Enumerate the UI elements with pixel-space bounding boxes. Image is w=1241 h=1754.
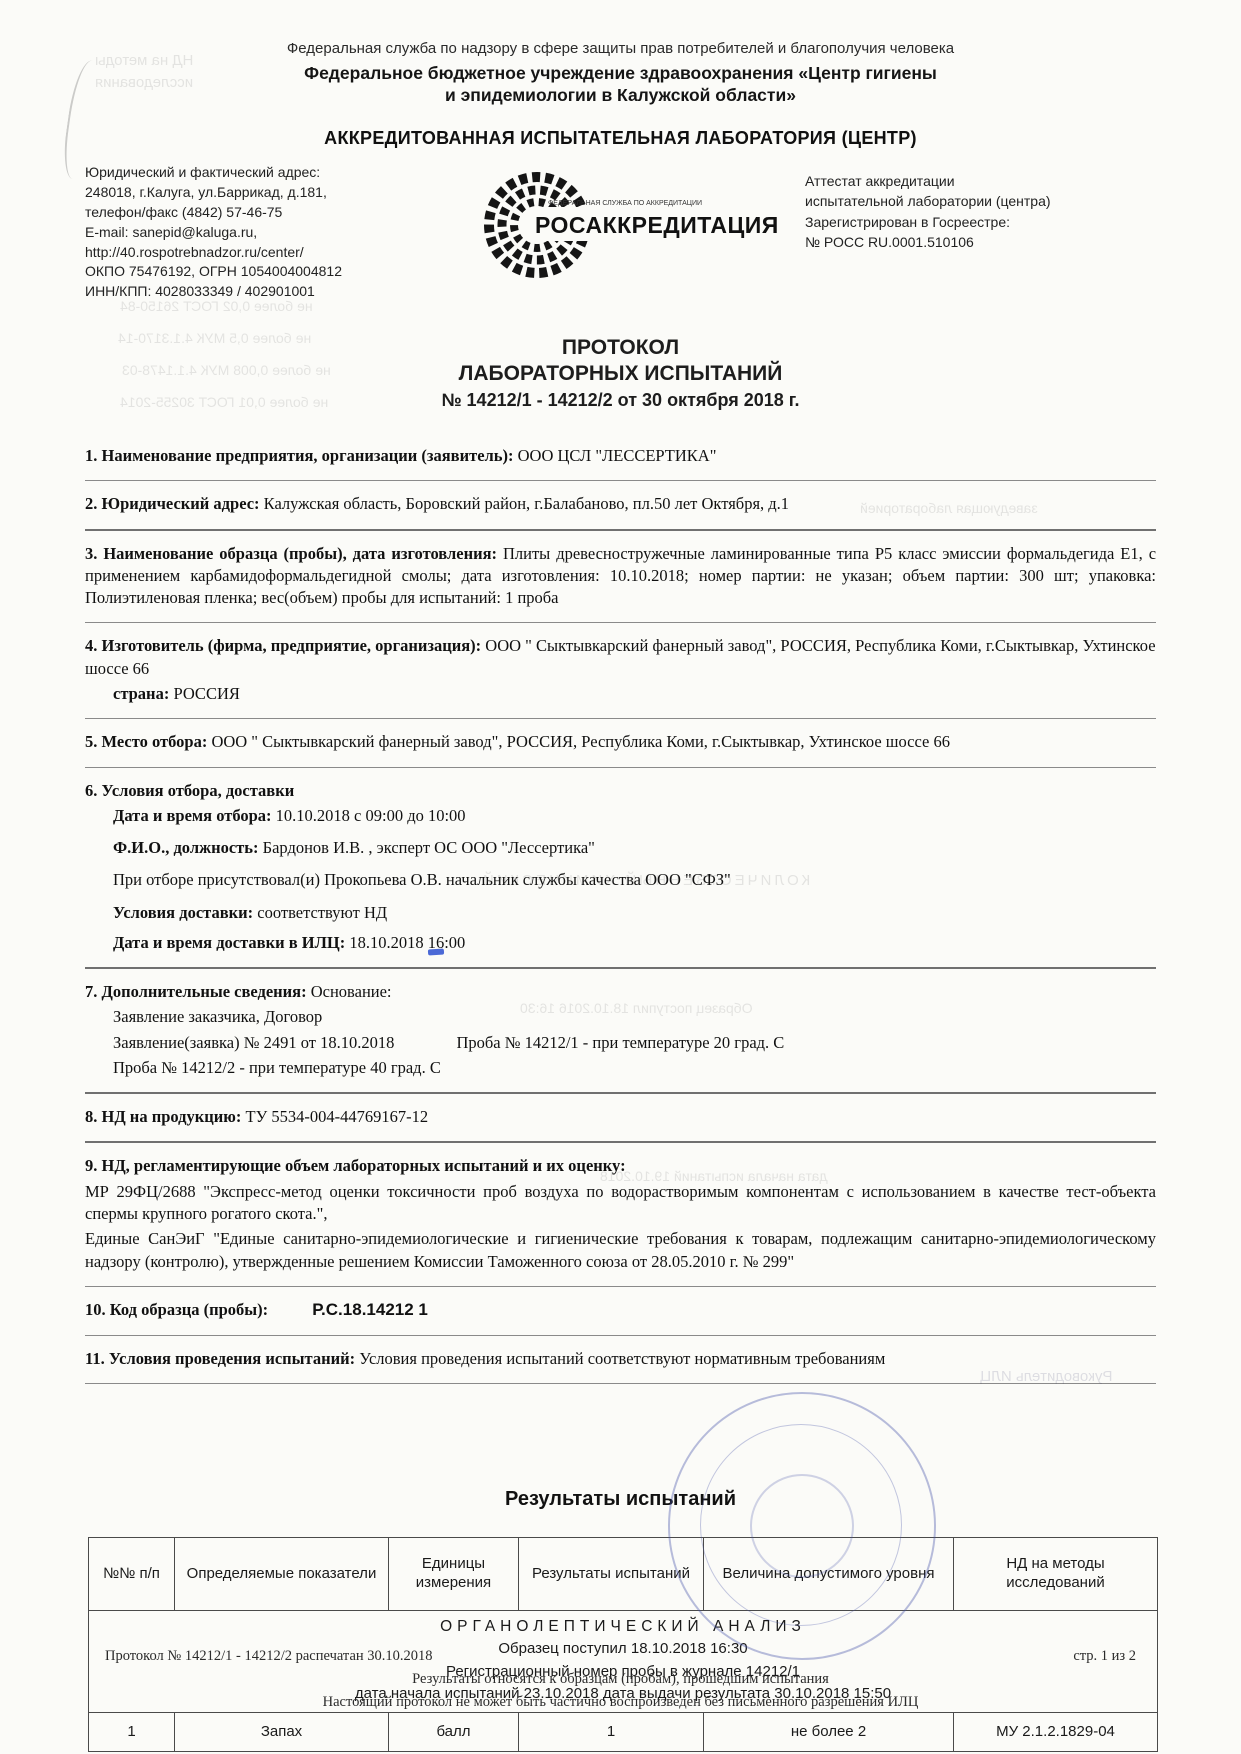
okpo-line: ОКПО 75476192, ОГРН 1054004004812 <box>85 262 475 282</box>
blue-pen-mark <box>428 948 444 955</box>
section-11-test-conditions: 11. Условия проведения испытаний: Услови… <box>85 1336 1156 1384</box>
phone-line: телефон/факс (4842) 57-46-75 <box>85 203 475 223</box>
section-9-test-standards: 9. НД, регламентирующие объем лабораторн… <box>85 1143 1156 1286</box>
logo-text: РОСАККРЕДИТАЦИЯ <box>535 212 779 238</box>
lab-title: АККРЕДИТОВАННАЯ ИСПЫТАТЕЛЬНАЯ ЛАБОРАТОРИ… <box>0 128 1241 149</box>
accreditation-line3: Зарегистрирован в Госреестре: <box>805 212 1135 232</box>
page-number: стр. 1 из 2 <box>1073 1648 1136 1665</box>
protocol-title-line1: ПРОТОКОЛ <box>0 336 1241 360</box>
section-11-value: Условия проведения испытаний соответству… <box>359 1349 885 1368</box>
delivery-datetime-value: 18.10.2018 16:00 <box>349 933 465 952</box>
sample2-temperature: Проба № 14212/2 - при температуре 40 гра… <box>113 1057 1156 1079</box>
witness-line: При отборе присутствовал(и) Прокопьева О… <box>113 870 731 889</box>
section-3-sample-name: 3. Наименование образца (пробы), дата из… <box>85 531 1156 624</box>
section-10-sample-code: 10. Код образца (пробы): Р.С.18.14212 1 <box>85 1287 1156 1336</box>
section-8-label: 8. НД на продукцию: <box>85 1107 241 1126</box>
section-8-product-standard: 8. НД на продукцию: ТУ 5534-004-44769167… <box>85 1094 1156 1143</box>
agency-name: Федеральная служба по надзору в сфере за… <box>0 40 1241 57</box>
protocol-number: № 14212/1 - 14212/2 от 30 октября 2018 г… <box>0 390 1241 411</box>
accreditation-line2: испытательной лаборатории (центра) <box>805 191 1135 211</box>
rosakkreditaciya-logo-icon: ФЕДЕРАЛЬНАЯ СЛУЖБА ПО АККРЕДИТАЦИИ РОСАК… <box>475 165 805 285</box>
accreditation-number: № РОСС RU.0001.510106 <box>805 232 1135 252</box>
delivery-conditions-label: Условия доставки: <box>113 903 253 922</box>
results-table: №№ п/п Определяемые показатели Единицы и… <box>88 1537 1158 1752</box>
section-2-label: 2. Юридический адрес: <box>85 494 260 513</box>
section-7-value: Основание: <box>311 982 392 1001</box>
method-cell: МУ 2.1.2.1829-04 <box>954 1712 1158 1751</box>
section-5-sampling-place: 5. Место отбора: ООО " Сыктывкарский фан… <box>85 719 1156 767</box>
inn-line: ИНН/КПП: 4028033349 / 402901001 <box>85 282 475 302</box>
analysis-group-title: ОРГАНОЛЕПТИЧЕСКИЙ АНАЛИЗ <box>89 1615 1157 1638</box>
application-number: Заявление(заявка) № 2491 от 18.10.2018 <box>113 1032 394 1054</box>
rosakkreditaciya-logo: ФЕДЕРАЛЬНАЯ СЛУЖБА ПО АККРЕДИТАЦИИ РОСАК… <box>475 165 805 290</box>
basis-line1: Заявление заказчика, Договор <box>113 1006 1156 1028</box>
section-1-applicant: 1. Наименование предприятия, организации… <box>85 433 1156 481</box>
section-10-label: 10. Код образца (пробы): <box>85 1300 268 1319</box>
delivery-conditions-value: соответствуют НД <box>257 903 387 922</box>
address-line: 248018, г.Калуга, ул.Баррикад, д.181, <box>85 183 475 203</box>
protocol-document-page: НД на методы исследования не более 0,02 … <box>0 0 1241 1754</box>
section-4-manufacturer: 4. Изготовитель (фирма, предприятие, орг… <box>85 623 1156 719</box>
info-row: Юридический и фактический адрес: 248018,… <box>85 163 1156 302</box>
col-header-limit: Величина допустимого уровня <box>704 1537 954 1610</box>
col-header-result: Результаты испытаний <box>519 1537 704 1610</box>
indicator-cell: Запах <box>175 1712 389 1751</box>
protocol-title-block: ПРОТОКОЛ ЛАБОРАТОРНЫХ ИСПЫТАНИЙ № 14212/… <box>0 336 1241 411</box>
sampler-name-label: Ф.И.О., должность: <box>113 838 258 857</box>
col-header-number: №№ п/п <box>89 1537 175 1610</box>
sampling-date-value: 10.10.2018 с 09:00 до 10:00 <box>276 806 466 825</box>
email-line: E-mail: sanepid@kaluga.ru, <box>85 223 475 243</box>
method-reference-1: МР 29ФЦ/2688 "Экспресс-метод оценки токс… <box>85 1181 1156 1226</box>
unit-cell: балл <box>389 1712 519 1751</box>
section-5-value: ООО " Сыктывкарский фанерный завод", РОС… <box>211 732 950 751</box>
sampler-name-value: Бардонов И.В. , эксперт ОС ООО "Лессерти… <box>263 838 595 857</box>
section-3-label: 3. Наименование образца (пробы), дата из… <box>85 544 497 563</box>
protocol-sections: 1. Наименование предприятия, организации… <box>85 433 1156 1384</box>
section-2-legal-address: 2. Юридический адрес: Калужская область,… <box>85 481 1156 530</box>
address-label: Юридический и фактический адрес: <box>85 163 475 183</box>
section-7-label: 7. Дополнительные сведения: <box>85 982 307 1001</box>
document-header: Федеральная служба по надзору в сфере за… <box>0 0 1241 149</box>
logo-caption: ФЕДЕРАЛЬНАЯ СЛУЖБА ПО АККРЕДИТАЦИИ <box>548 200 702 207</box>
limit-cell: не более 2 <box>704 1712 954 1751</box>
country-label: страна: <box>113 684 169 703</box>
delivery-datetime-label: Дата и время доставки в ИЛЦ: <box>113 933 345 952</box>
section-1-value: ООО ЦСЛ "ЛЕССЕРТИКА" <box>518 446 717 465</box>
section-9-label: 9. НД, регламентирующие объем лабораторн… <box>85 1156 626 1175</box>
footer-note-2: Настоящий протокол не может быть частичн… <box>0 1694 1241 1711</box>
col-header-indicator: Определяемые показатели <box>175 1537 389 1610</box>
results-table-header-row: №№ п/п Определяемые показатели Единицы и… <box>89 1537 1158 1610</box>
sample1-temperature: Проба № 14212/1 - при температуре 20 гра… <box>456 1033 784 1052</box>
protocol-title-line2: ЛАБОРАТОРНЫХ ИСПЫТАНИЙ <box>0 362 1241 386</box>
row-number-cell: 1 <box>89 1712 175 1751</box>
institution-name-line2: и эпидемиологии в Калужской области» <box>0 85 1241 106</box>
section-11-label: 11. Условия проведения испытаний: <box>85 1349 355 1368</box>
col-header-units: Единицы измерения <box>389 1537 519 1610</box>
section-1-label: 1. Наименование предприятия, организации… <box>85 446 514 465</box>
method-reference-2: Единые СанЭиГ "Единые санитарно-эпидемио… <box>85 1228 1156 1273</box>
institution-name-line1: Федеральное бюджетное учреждение здравоо… <box>0 63 1241 84</box>
section-7-additional-info: 7. Дополнительные сведения: Основание: З… <box>85 969 1156 1094</box>
sampling-date-label: Дата и время отбора: <box>113 806 272 825</box>
results-heading: Результаты испытаний <box>0 1488 1241 1511</box>
section-6-label: 6. Условия отбора, доставки <box>85 781 294 800</box>
website-line: http://40.rospotrebnadzor.ru/center/ <box>85 243 475 263</box>
result-cell: 1 <box>519 1712 704 1751</box>
page-footer: Протокол № 14212/1 - 14212/2 распечатан … <box>0 1648 1241 1711</box>
footer-protocol-info: Протокол № 14212/1 - 14212/2 распечатан … <box>105 1648 433 1665</box>
section-6-sampling-conditions: 6. Условия отбора, доставки Дата и время… <box>85 768 1156 970</box>
sample-code-value: Р.С.18.14212 1 <box>312 1300 428 1319</box>
country-value: РОССИЯ <box>173 684 239 703</box>
section-2-value: Калужская область, Боровский район, г.Ба… <box>264 494 789 513</box>
col-header-method: НД на методы исследований <box>954 1537 1158 1610</box>
section-4-label: 4. Изготовитель (фирма, предприятие, орг… <box>85 636 481 655</box>
contacts-block: Юридический и фактический адрес: 248018,… <box>85 163 475 302</box>
table-row: 1 Запах балл 1 не более 2 МУ 2.1.2.1829-… <box>89 1712 1158 1751</box>
footer-note-1: Результаты относятся к образцам (пробам)… <box>0 1671 1241 1688</box>
accreditation-block: Аттестат аккредитации испытательной лабо… <box>805 171 1135 252</box>
section-8-value: ТУ 5534-004-44769167-12 <box>246 1107 429 1126</box>
section-5-label: 5. Место отбора: <box>85 732 207 751</box>
accreditation-line1: Аттестат аккредитации <box>805 171 1135 191</box>
